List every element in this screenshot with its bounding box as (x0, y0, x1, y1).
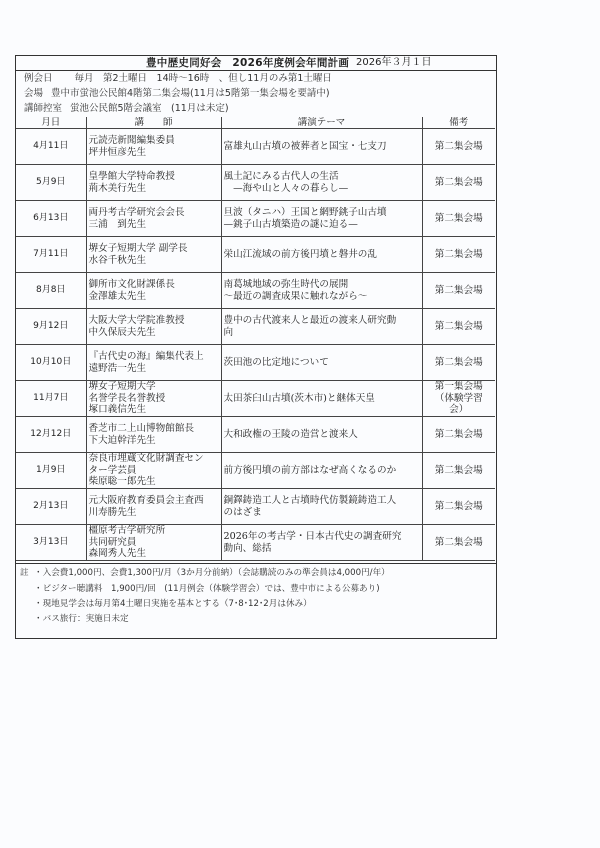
cell-date: 9月12日 (16, 309, 86, 345)
cell-lecturer: 皇學館大学特命教授 荊木美行先生 (86, 165, 221, 201)
cell-lecturer: 大阪大学大学院准教授 中久保辰夫先生 (86, 309, 221, 345)
cell-date: 4月11日 (16, 129, 86, 165)
table-row: 3月13日 橿原考古学研究所 共同研究員 森岡秀人先生 2026年の考古学・日本… (16, 525, 495, 561)
cell-lecturer: 『古代史の海』編集代表上 遠野浩一先生 (86, 345, 221, 381)
info-venue: 会場豊中市蛍池公民館4階第二集会場(11月は5階第一集会場を要請中) (24, 86, 330, 101)
cell-note: 第二集会場 (422, 201, 495, 237)
cell-lecturer: 香芝市二上山博物館館長 下大迫幹洋先生 (86, 417, 221, 453)
cell-lecturer: 奈良市埋蔵文化財調査セン ター学芸員 柴原聡一郎先生 (86, 453, 221, 489)
cell-theme: 前方後円墳の前方部はなぜ高くなるのか (221, 453, 422, 489)
cell-date: 10月10日 (16, 345, 86, 381)
column-header-theme: 講演テーマ (221, 117, 422, 129)
table-row: 12月12日 香芝市二上山博物館館長 下大迫幹洋先生 大和政権の王陵の造営と渡来… (16, 417, 495, 453)
cell-theme: 太田茶臼山古墳(茨木市)と継体天皇 (221, 381, 422, 417)
document-title: 豊中歴史同好会 2026年度例会年間計画 (146, 56, 349, 70)
note-visitor-fee: ・ビジター聴講料 1,900円/回 (11月例会（体験学習会）では、豊中市による… (34, 582, 380, 596)
cell-lecturer: 堺女子短期大学 副学長 水谷千秋先生 (86, 237, 221, 273)
cell-theme: 大和政権の王陵の造営と渡来人 (221, 417, 422, 453)
cell-theme: 茨田池の比定地について (221, 345, 422, 381)
info-value: 蛍池公民館5階会議室 (11月は未定) (70, 101, 229, 116)
info-label: 講師控室 (24, 101, 62, 116)
cell-lecturer: 両丹考古学研究会会長 三浦 到先生 (86, 201, 221, 237)
cell-date: 2月13日 (16, 489, 86, 525)
cell-lecturer: 堺女子短期大学 名誉学長名誉教授 塚口義信先生 (86, 381, 221, 417)
cell-date: 12月12日 (16, 417, 86, 453)
cell-theme: 南葛城地域の弥生時代の展開 ～最近の調査成果に触れながら～ (221, 273, 422, 309)
info-label: 会場 (24, 86, 43, 101)
cell-date: 8月8日 (16, 273, 86, 309)
note-fees: 註・入会費1,000円、会費1,300円/月（3か月分前納）（会誌購読のみの準会… (20, 566, 390, 580)
cell-note: 第二集会場 (422, 273, 495, 309)
cell-date: 1月9日 (16, 453, 86, 489)
cell-note: 第二集会場 (422, 417, 495, 453)
column-header-note: 備考 (422, 117, 495, 129)
info-lecturer-room: 講師控室蛍池公民館5階会議室 (11月は未定) (24, 101, 229, 116)
meeting-info: 例会日毎月 第2土曜日 14時～16時 、但し11月のみ第1土曜日 会場豊中市蛍… (16, 71, 496, 117)
table-header-row: 月日 講 師 講演テーマ 備考 (16, 117, 495, 129)
table-row: 9月12日 大阪大学大学院准教授 中久保辰夫先生 豊中の古代渡来人と最近の渡来人… (16, 309, 495, 345)
cell-lecturer: 元大阪府教育委員会主査西 川寿勝先生 (86, 489, 221, 525)
cell-lecturer: 橿原考古学研究所 共同研究員 森岡秀人先生 (86, 525, 221, 561)
document-date: 2026年３月１日 (356, 56, 431, 70)
cell-note: 第二集会場 (422, 165, 495, 201)
table-row: 4月11日 元読売新聞編集委員 坪井恒彦先生 富雄丸山古墳の被葬者と国宝・七支刀… (16, 129, 495, 165)
table-row: 5月9日 皇學館大学特命教授 荊木美行先生 風土記にみる古代人の生活 —海や山と… (16, 165, 495, 201)
cell-note: 第二集会場 (422, 309, 495, 345)
info-meeting-day: 例会日毎月 第2土曜日 14時～16時 、但し11月のみ第1土曜日 (24, 71, 332, 86)
cell-note: 第二集会場 (422, 345, 495, 381)
info-value: 毎月 第2土曜日 14時～16時 、但し11月のみ第1土曜日 (75, 71, 332, 86)
cell-date: 11月7日 (16, 381, 86, 417)
note-bus-trip: ・バス旅行：実施日未定 (34, 612, 129, 626)
title-row: 豊中歴史同好会 2026年度例会年間計画 2026年３月１日 (16, 56, 496, 71)
cell-lecturer: 元読売新聞編集委員 坪井恒彦先生 (86, 129, 221, 165)
table-row: 8月8日 御所市文化財課係長 金澤雄太先生 南葛城地域の弥生時代の展開 ～最近の… (16, 273, 495, 309)
table-row: 1月9日 奈良市埋蔵文化財調査セン ター学芸員 柴原聡一郎先生 前方後円墳の前方… (16, 453, 495, 489)
cell-theme: 風土記にみる古代人の生活 —海や山と人々の暮らし— (221, 165, 422, 201)
note-field-trip: ・現地見学会は毎月第4土曜日実施を基本とする（7･8･12･2月は休み） (34, 597, 312, 611)
cell-lecturer: 御所市文化財課係長 金澤雄太先生 (86, 273, 221, 309)
cell-note: 第二集会場 (422, 129, 495, 165)
cell-date: 3月13日 (16, 525, 86, 561)
cell-theme: 栄山江流域の前方後円墳と磐井の乱 (221, 237, 422, 273)
table-row: 7月11日 堺女子短期大学 副学長 水谷千秋先生 栄山江流域の前方後円墳と磐井の… (16, 237, 495, 273)
cell-note: 第一集会場 （体験学習 会） (422, 381, 495, 417)
table-row: 2月13日 元大阪府教育委員会主査西 川寿勝先生 銅鐸鋳造工人と古墳時代仿製鏡鋳… (16, 489, 495, 525)
cell-note: 第二集会場 (422, 525, 495, 561)
cell-theme: 旦波（タニハ）王国と網野銚子山古墳 —銚子山古墳築造の謎に迫る— (221, 201, 422, 237)
note-text: ・入会費1,000円、会費1,300円/月（3か月分前納）（会誌購読のみの準会員… (34, 568, 390, 578)
table-row: 6月13日 両丹考古学研究会会長 三浦 到先生 旦波（タニハ）王国と網野銚子山古… (16, 201, 495, 237)
cell-theme: 2026年の考古学・日本古代史の調査研究 動向、総括 (221, 525, 422, 561)
cell-note: 第二集会場 (422, 489, 495, 525)
cell-theme: 富雄丸山古墳の被葬者と国宝・七支刀 (221, 129, 422, 165)
info-label: 例会日 (24, 71, 53, 86)
cell-note: 第二集会場 (422, 453, 495, 489)
column-header-date: 月日 (16, 117, 86, 129)
notes-section: 註・入会費1,000円、会費1,300円/月（3か月分前納）（会誌購読のみの準会… (16, 563, 496, 564)
cell-note: 第二集会場 (422, 237, 495, 273)
table-row: 10月10日 『古代史の海』編集代表上 遠野浩一先生 茨田池の比定地について 第… (16, 345, 495, 381)
column-header-lecturer: 講 師 (86, 117, 221, 129)
cell-date: 7月11日 (16, 237, 86, 273)
info-value: 豊中市蛍池公民館4階第二集会場(11月は5階第一集会場を要請中) (51, 86, 330, 101)
notes-heading: 註 (20, 566, 34, 580)
cell-theme: 銅鐸鋳造工人と古墳時代仿製鏡鋳造工人 のはざま (221, 489, 422, 525)
cell-theme: 豊中の古代渡来人と最近の渡来人研究動 向 (221, 309, 422, 345)
schedule-document-frame: 豊中歴史同好会 2026年度例会年間計画 2026年３月１日 例会日毎月 第2土… (15, 55, 497, 639)
table-row: 11月7日 堺女子短期大学 名誉学長名誉教授 塚口義信先生 太田茶臼山古墳(茨木… (16, 381, 495, 417)
schedule-table: 月日 講 師 講演テーマ 備考 4月11日 元読売新聞編集委員 坪井恒彦先生 富… (16, 117, 495, 561)
cell-date: 5月9日 (16, 165, 86, 201)
cell-date: 6月13日 (16, 201, 86, 237)
